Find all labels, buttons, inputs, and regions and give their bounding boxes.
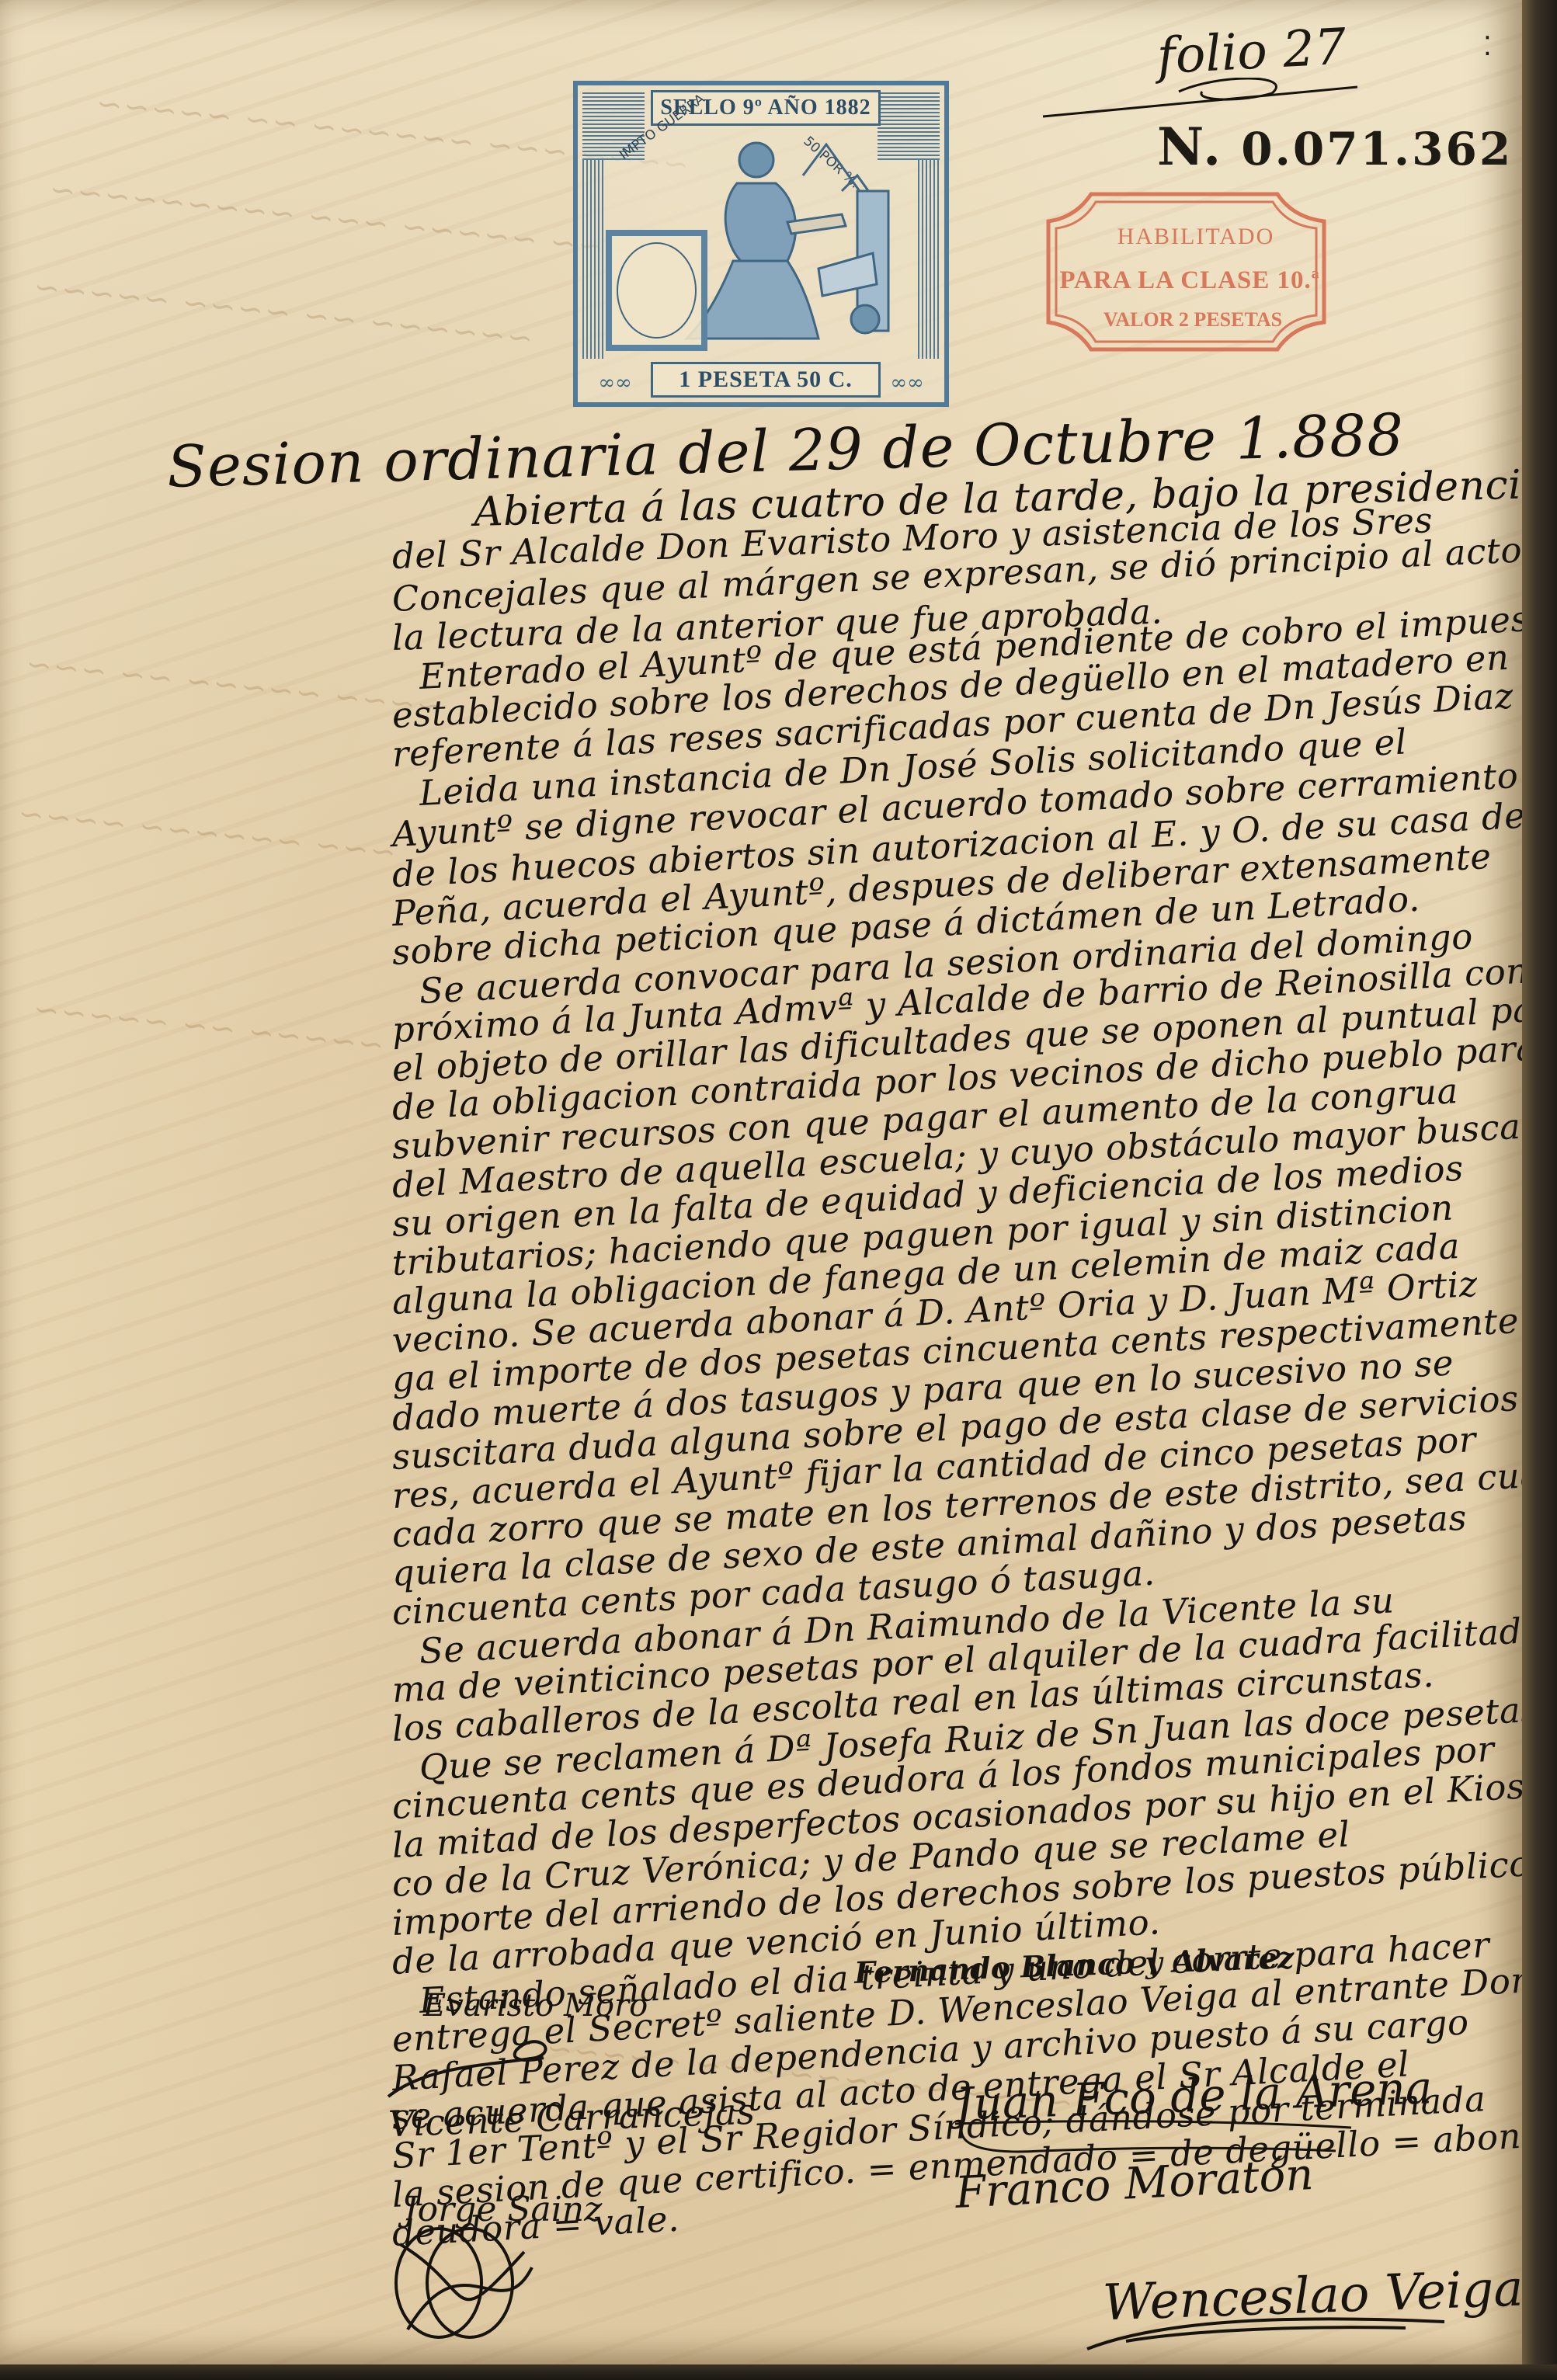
book-binding-edge (1522, 0, 1557, 2380)
ornament-loop-icon: ∞∞ (586, 371, 645, 394)
bleed-through-text: ~~~~~ ~~ ~~~~~ (30, 991, 386, 1063)
signature-flourish-icon (1079, 2306, 1452, 2353)
ornament-pillar (918, 160, 940, 359)
fiscal-stamp: SELLO 9º AÑO 1882 IMPTO GUERRA 50 POR %.… (573, 81, 949, 407)
page-bottom-edge (0, 2364, 1557, 2380)
bleed-through-text: ~~~~~~ ~~ ~~~~ ~~~~~ (30, 269, 534, 356)
bleed-through-text: ~~~ ~~~~~ ~~~ ~~~~~~~~~ (47, 172, 633, 269)
ornament-loop-icon: ∞∞ (878, 371, 937, 394)
serial-number: N. 0.071.362 (1157, 116, 1513, 177)
signature-flourish-icon (947, 2112, 1367, 2166)
signature-flourish-icon (381, 2034, 559, 2104)
document-page: ~~~~ ~~~ ~~~~~~ ~~ ~~~~~ ~~~ ~~~~~ ~~~ ~… (0, 0, 1522, 2364)
stamp-bottom-band: 1 PESETA 50 C. (651, 362, 881, 398)
signature-knot-flourish-icon (384, 2221, 540, 2353)
bleed-through-text: ~~~~ ~~~~~ ~~ ~~~ (23, 646, 444, 725)
folio-number: folio 27 (1156, 19, 1347, 86)
ornament-pillar (582, 160, 604, 359)
ink-dots: ⁚ (1483, 31, 1492, 62)
stamp-blank-cartouche (606, 230, 707, 351)
bleed-through-text: ~~~ ~~~~~~ ~~~~ (15, 795, 398, 870)
habilitado-stamp: HABILITADO PARA LA CLASE 10.ª VALOR 2 PE… (1044, 186, 1371, 357)
signature-evaristo-moro: Evaristo Moro (423, 1988, 648, 2024)
